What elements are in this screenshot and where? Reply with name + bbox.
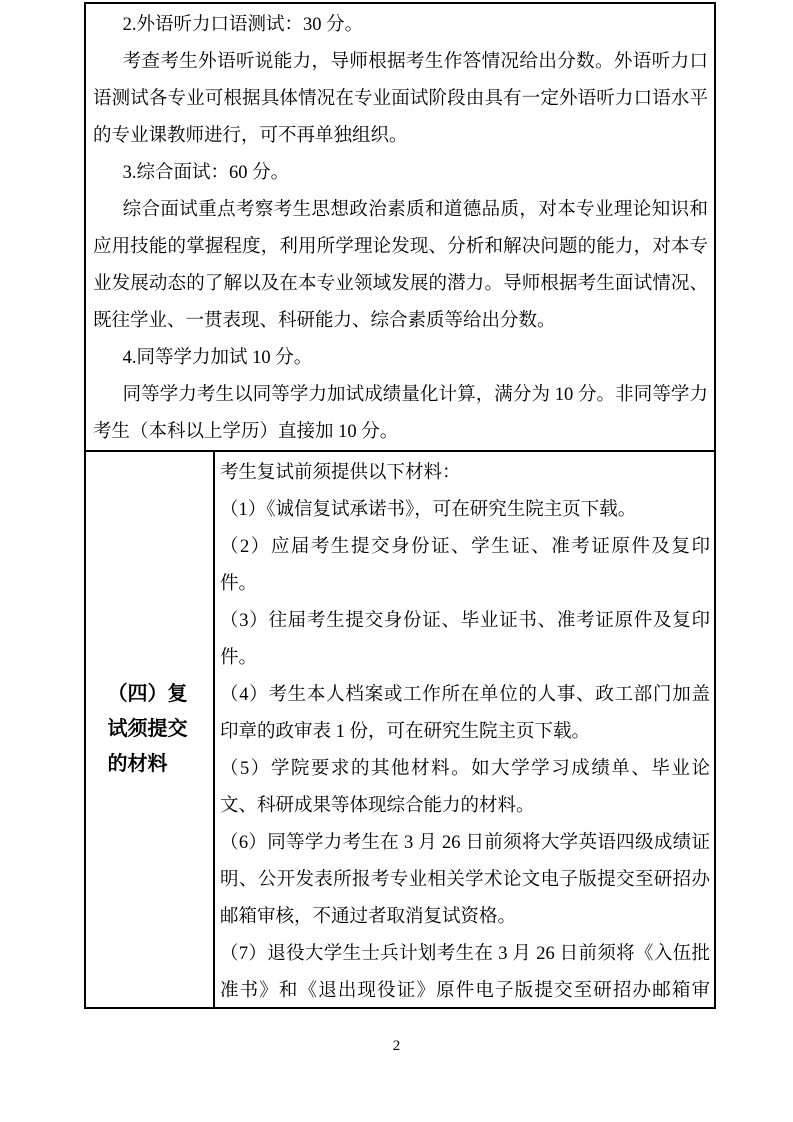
scoring-rules-cell: 2.外语听力口语测试：30 分。 考查考生外语听说能力，导师根据考生作答情况给出… (86, 4, 714, 452)
materials-row: （四）复试须提交的材料 考生复试前须提供以下材料： （1）《诚信复试承诺书》，可… (86, 452, 714, 1007)
paragraph-equivalent-test-title: 4.同等学力加试 10 分。 (93, 340, 708, 377)
paragraph-listening-test-body: 考查考生外语听说能力，导师根据考生作答情况给出分数。外语听力口语测试各专业可根据… (93, 44, 708, 155)
document-content-table: 2.外语听力口语测试：30 分。 考查考生外语听说能力，导师根据考生作答情况给出… (84, 2, 716, 1009)
paragraph-listening-test-title: 2.外语听力口语测试：30 分。 (93, 7, 708, 44)
materials-row-header-cell: （四）复试须提交的材料 (86, 452, 215, 1007)
paragraph-equivalent-test-body: 同等学力考生以同等学力加试成绩量化计算，满分为 10 分。非同等学力考生（本科以… (93, 377, 708, 451)
materials-item-3: （3）往届考生提交身份证、毕业证书、准考证原件及复印件。 (220, 603, 710, 677)
page-number: 2 (0, 1038, 793, 1055)
materials-item-6: （6）同等学力考生在 3 月 26 日前须将大学英语四级成绩证明、公开发表所报考… (220, 825, 710, 936)
materials-list-cell: 考生复试前须提供以下材料： （1）《诚信复试承诺书》，可在研究生院主页下载。 （… (215, 452, 714, 1007)
materials-row-header-label: （四）复试须提交的材料 (108, 677, 192, 782)
materials-item-1: （1）《诚信复试承诺书》，可在研究生院主页下载。 (220, 492, 710, 529)
paragraph-interview-body: 综合面试重点考察考生思想政治素质和道德品质，对本专业理论知识和应用技能的掌握程度… (93, 192, 708, 340)
paragraph-interview-title: 3.综合面试：60 分。 (93, 155, 708, 192)
materials-item-2: （2）应届考生提交身份证、学生证、准考证原件及复印件。 (220, 529, 710, 603)
materials-item-4: （4）考生本人档案或工作所在单位的人事、政工部门加盖印章的政审表 1 份，可在研… (220, 677, 710, 751)
materials-item-7: （7）退役大学生士兵计划考生在 3 月 26 日前须将《入伍批准书》和《退出现役… (220, 936, 710, 1007)
materials-item-5: （5）学院要求的其他材料。如大学学习成绩单、毕业论文、科研成果等体现综合能力的材… (220, 751, 710, 825)
materials-intro: 考生复试前须提供以下材料： (220, 455, 710, 492)
